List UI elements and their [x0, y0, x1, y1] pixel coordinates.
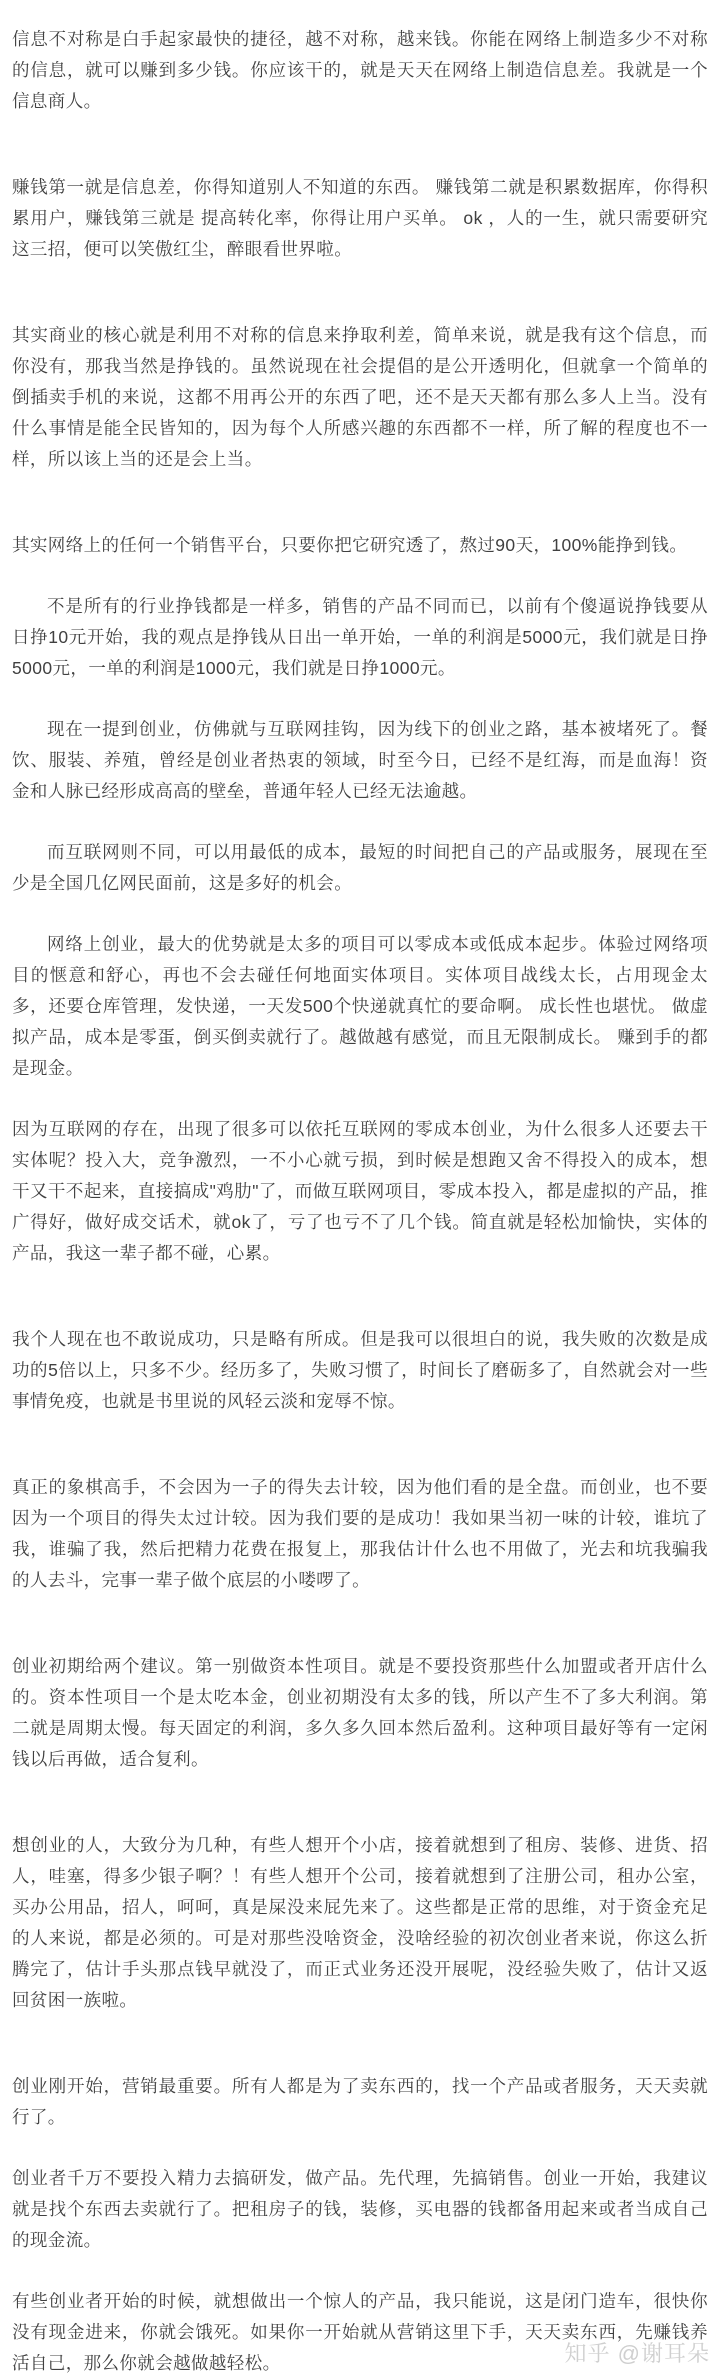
- article-paragraph: 想创业的人，大致分为几种，有些人想开个小店，接着就想到了租房、装修、进货、招人，…: [12, 1830, 708, 2016]
- article-paragraph: 其实网络上的任何一个销售平台，只要你把它研究透了，熬过90天，100%能挣到钱。: [12, 530, 708, 561]
- article-paragraph: 现在一提到创业，仿佛就与互联网挂钩，因为线下的创业之路，基本被堵死了。餐饮、服装…: [12, 714, 708, 807]
- zhihu-logo-text: 知乎: [565, 2341, 611, 2366]
- article-paragraph: 信息不对称是白手起家最快的捷径，越不对称，越来钱。你能在网络上制造多少不对称的信…: [12, 24, 708, 117]
- zhihu-watermark: 知乎 @谢耳朵: [565, 2341, 710, 2367]
- article-paragraph: 创业刚开始，营销最重要。所有人都是为了卖东西的，找一个产品或者服务，天天卖就行了…: [12, 2071, 708, 2133]
- article-paragraph: 赚钱第一就是信息差，你得知道别人不知道的东西。 赚钱第二就是积累数据库，你得积累…: [12, 172, 708, 265]
- article-paragraph: 创业初期给两个建议。第一别做资本性项目。就是不要投资那些什么加盟或者开店什么的。…: [12, 1651, 708, 1775]
- article-paragraph: 因为互联网的存在，出现了很多可以依托互联网的零成本创业，为什么很多人还要去干实体…: [12, 1114, 708, 1269]
- paragraph-list: 信息不对称是白手起家最快的捷径，越不对称，越来钱。你能在网络上制造多少不对称的信…: [12, 24, 708, 2379]
- article-body: 信息不对称是白手起家最快的捷径，越不对称，越来钱。你能在网络上制造多少不对称的信…: [0, 0, 720, 2379]
- article-paragraph: 而互联网则不同，可以用最低的成本，最短的时间把自己的产品或服务，展现在至少是全国…: [12, 837, 708, 899]
- article-paragraph: 真正的象棋高手，不会因为一子的得失去计较，因为他们看的是全盘。而创业，也不要因为…: [12, 1472, 708, 1596]
- article-paragraph: 创业者千万不要投入精力去搞研发，做产品。先代理，先搞销售。创业一开始，我建议就是…: [12, 2163, 708, 2256]
- article-paragraph: 其实商业的核心就是利用不对称的信息来挣取利差，简单来说，就是我有这个信息，而你没…: [12, 320, 708, 475]
- watermark-author-handle: @谢耳朵: [618, 2341, 710, 2366]
- article-paragraph: 不是所有的行业挣钱都是一样多，销售的产品不同而已，以前有个傻逼说挣钱要从日挣10…: [12, 591, 708, 684]
- article-paragraph: 网络上创业，最大的优势就是太多的项目可以零成本或低成本起步。体验过网络项目的惬意…: [12, 929, 708, 1084]
- article-paragraph: 我个人现在也不敢说成功，只是略有所成。但是我可以很坦白的说，我失败的次数是成功的…: [12, 1324, 708, 1417]
